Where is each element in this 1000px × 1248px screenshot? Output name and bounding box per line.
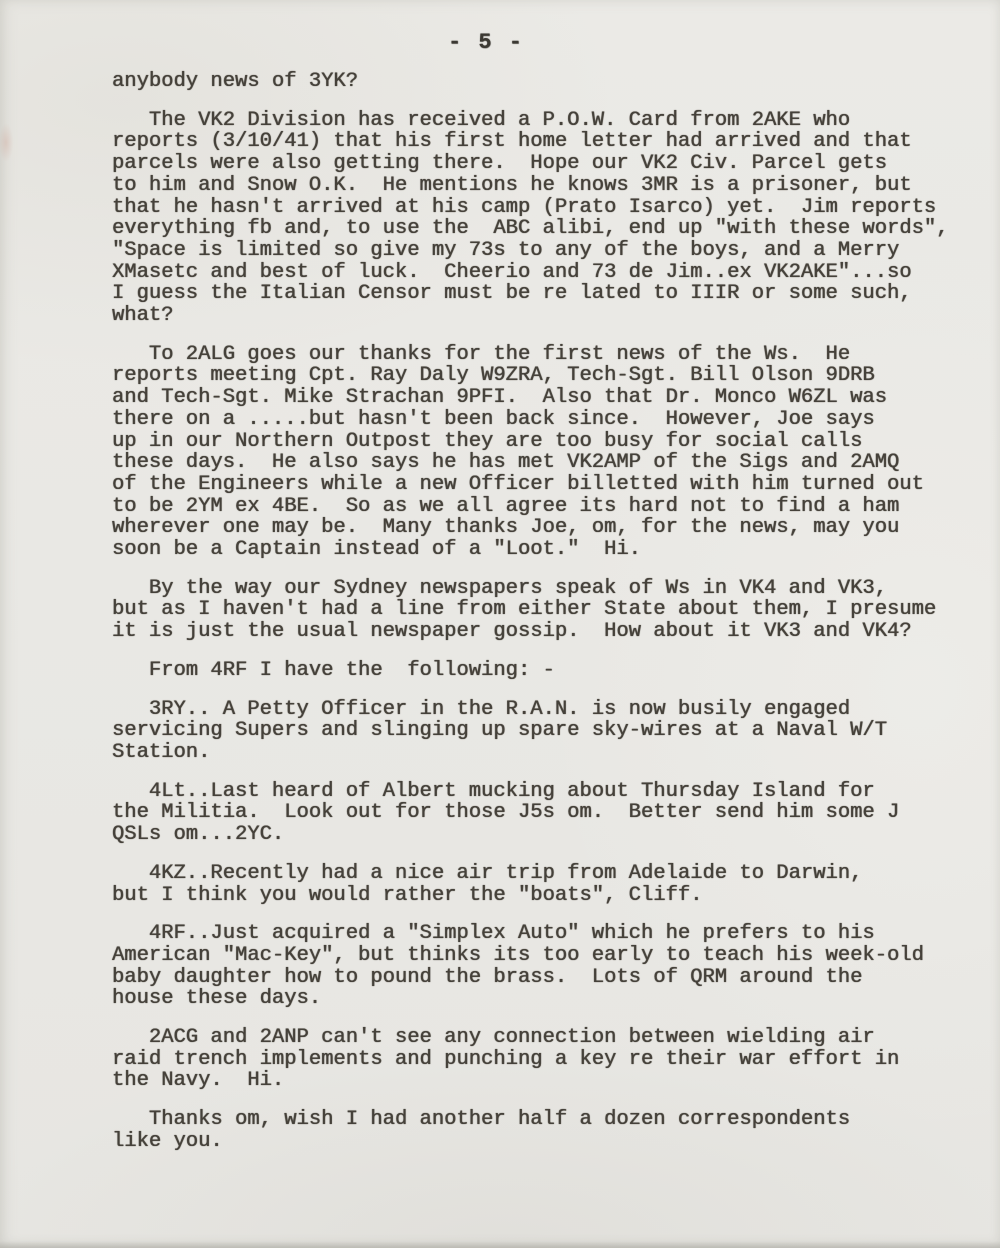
paragraph-closing-thanks: Thanks om, wish I had another half a doz…	[112, 1109, 978, 1152]
typed-text-block: anybody news of 3YK? The VK2 Division ha…	[112, 71, 978, 1170]
paragraph-item-4lt: 4Lt..Last heard of Albert mucking about …	[112, 781, 978, 846]
paragraph-continuation: anybody news of 3YK?	[112, 71, 978, 93]
scan-bottom-edge	[0, 1241, 1000, 1248]
paragraph-from-4rf-intro: From 4RF I have the following: -	[112, 660, 978, 682]
paragraph-vk2-pow-card: The VK2 Division has received a P.O.W. C…	[112, 110, 978, 327]
scanned-page: - 5 - anybody news of 3YK? The VK2 Divis…	[0, 0, 1000, 1248]
paragraph-item-3ry: 3RY.. A Petty Officer in the R.A.N. is n…	[112, 699, 978, 764]
paragraph-item-4kz: 4KZ..Recently had a nice air trip from A…	[112, 863, 978, 906]
paragraph-sydney-newspapers: By the way our Sydney newspapers speak o…	[112, 578, 978, 643]
scan-smudge	[0, 115, 20, 170]
paragraph-item-4rf: 4RF..Just acquired a "Simplex Auto" whic…	[112, 923, 978, 1010]
page-number: - 5 -	[0, 30, 986, 55]
paragraph-2alg-thanks: To 2ALG goes our thanks for the first ne…	[112, 344, 978, 561]
paragraph-item-2acg-2anp: 2ACG and 2ANP can't see any connection b…	[112, 1027, 978, 1092]
